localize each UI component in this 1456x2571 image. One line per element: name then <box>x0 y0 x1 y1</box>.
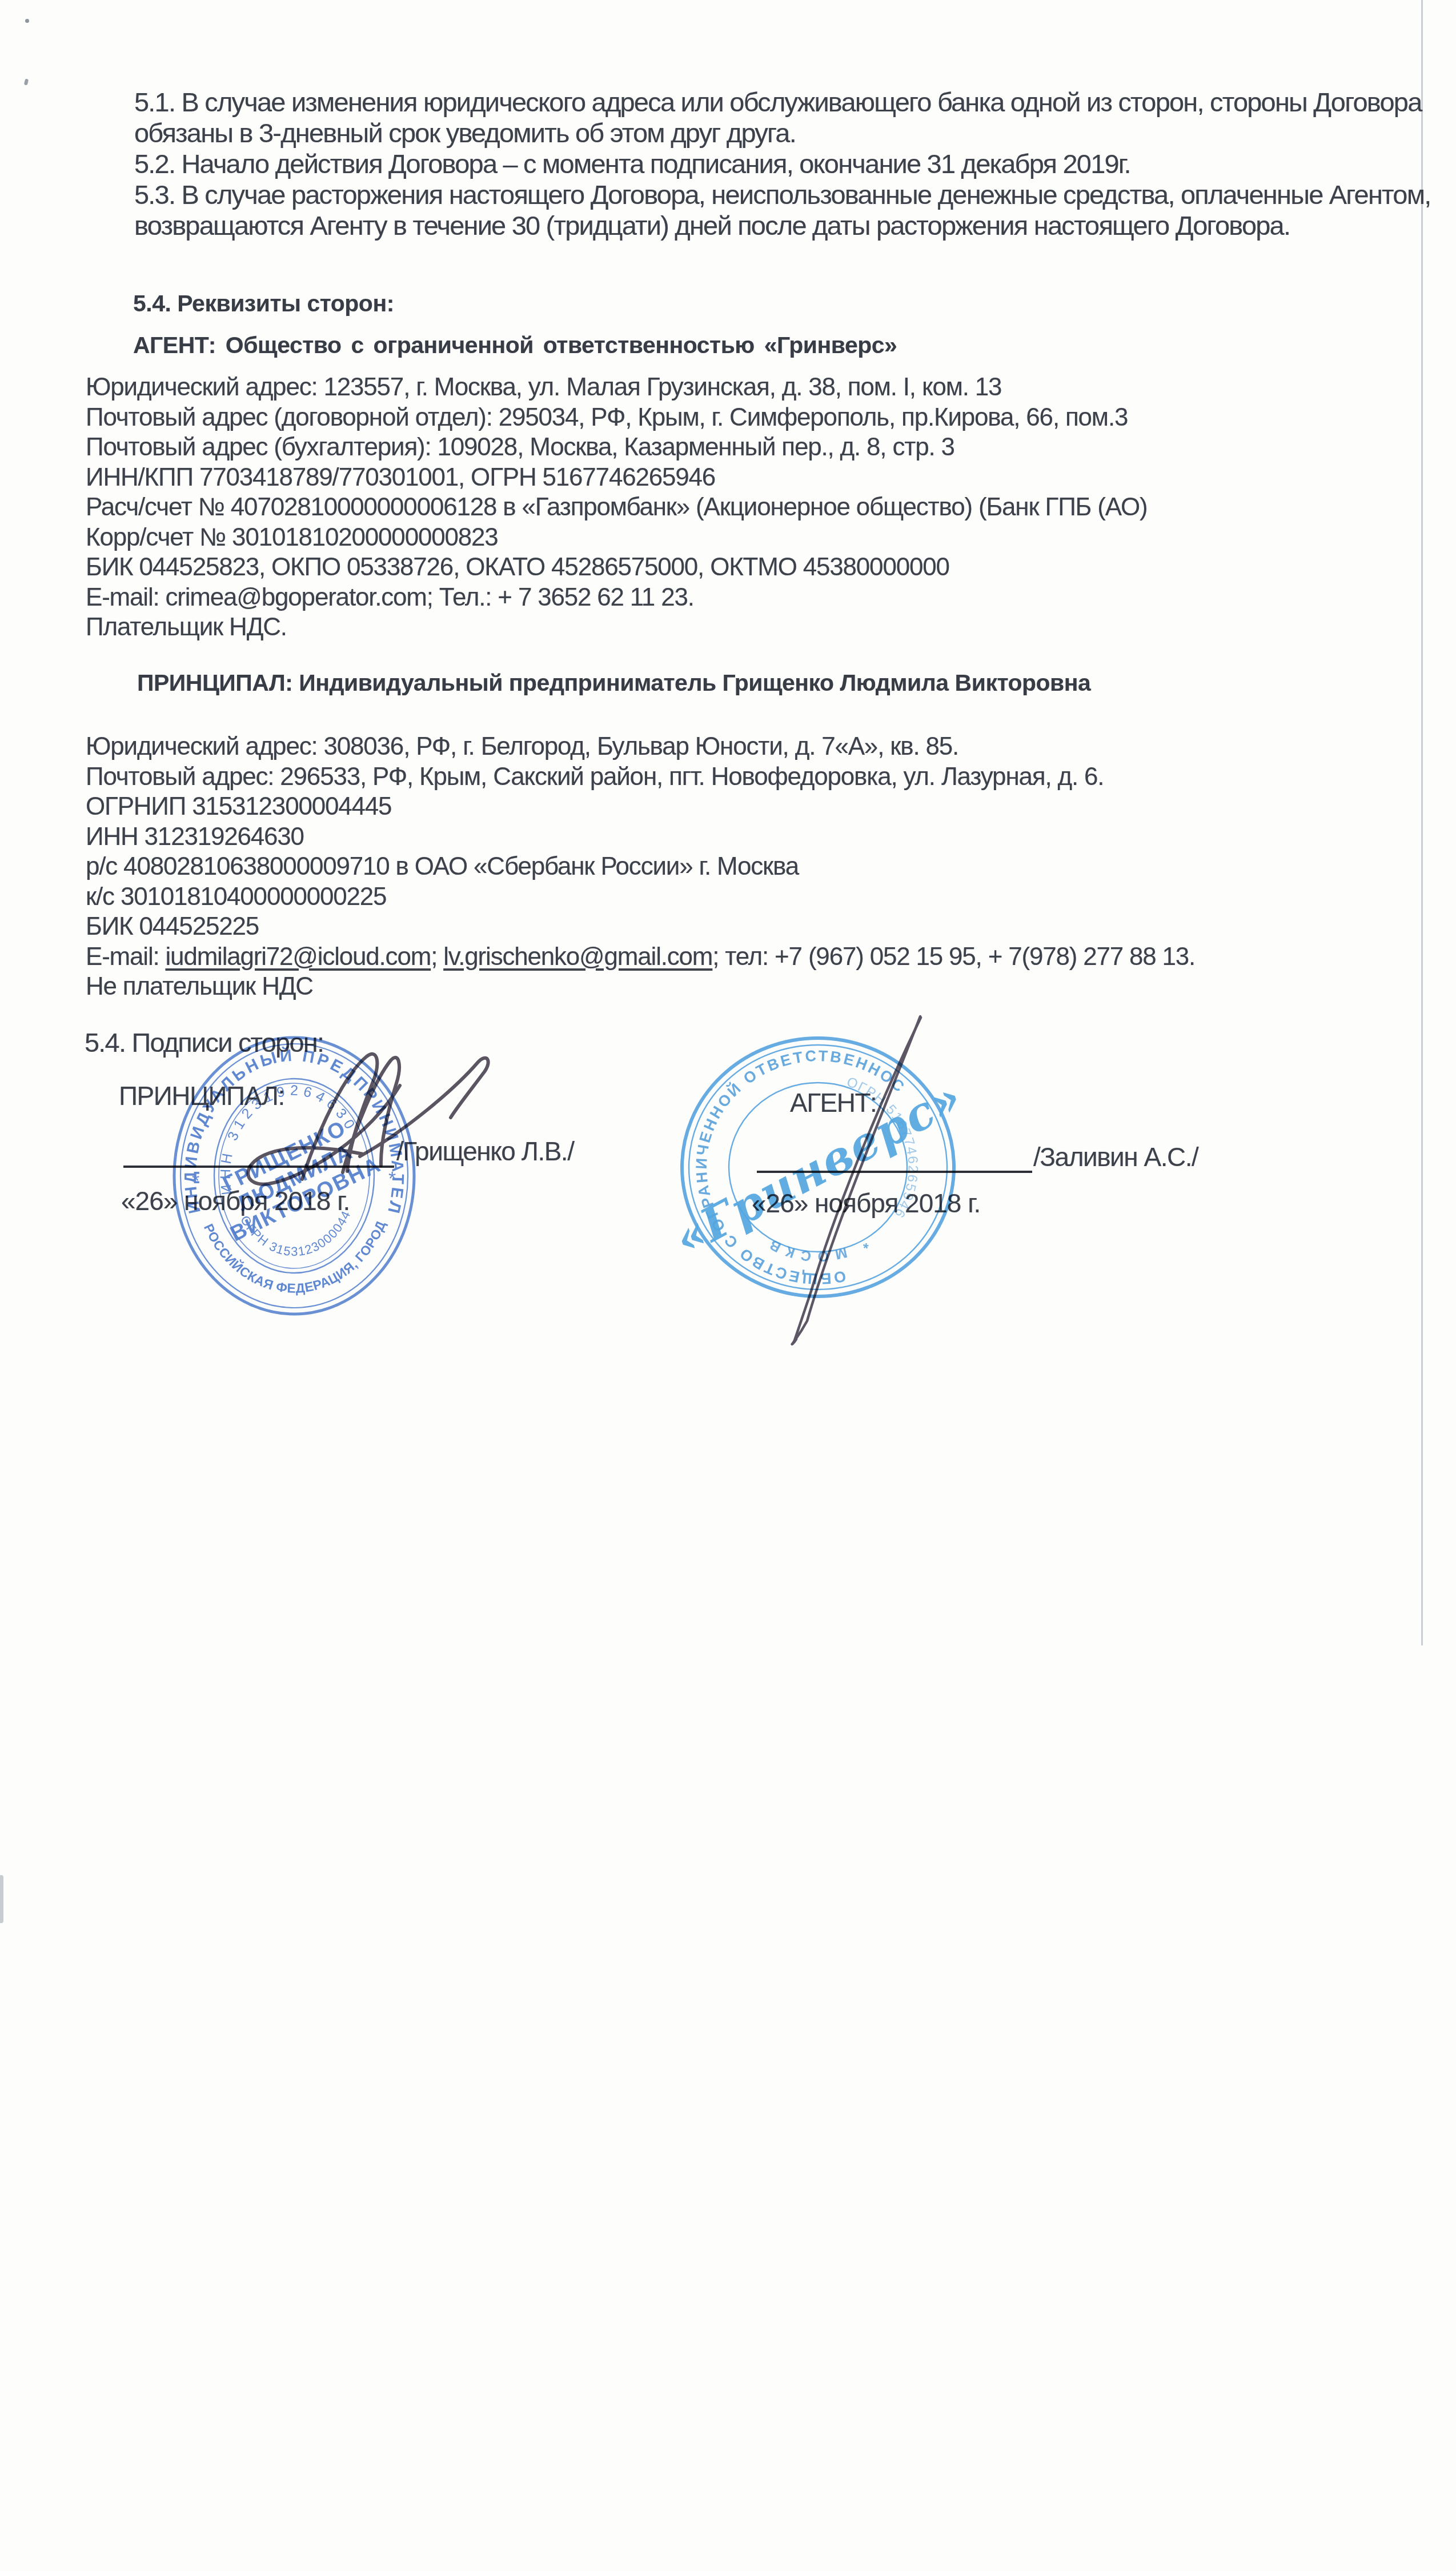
principal-handwritten-signature <box>248 1054 488 1184</box>
agent-pen-stroke <box>792 1016 921 1344</box>
handwritten-ink-layer <box>0 0 1456 2571</box>
document-page: 5.1. В случае изменения юридического адр… <box>0 0 1456 2571</box>
